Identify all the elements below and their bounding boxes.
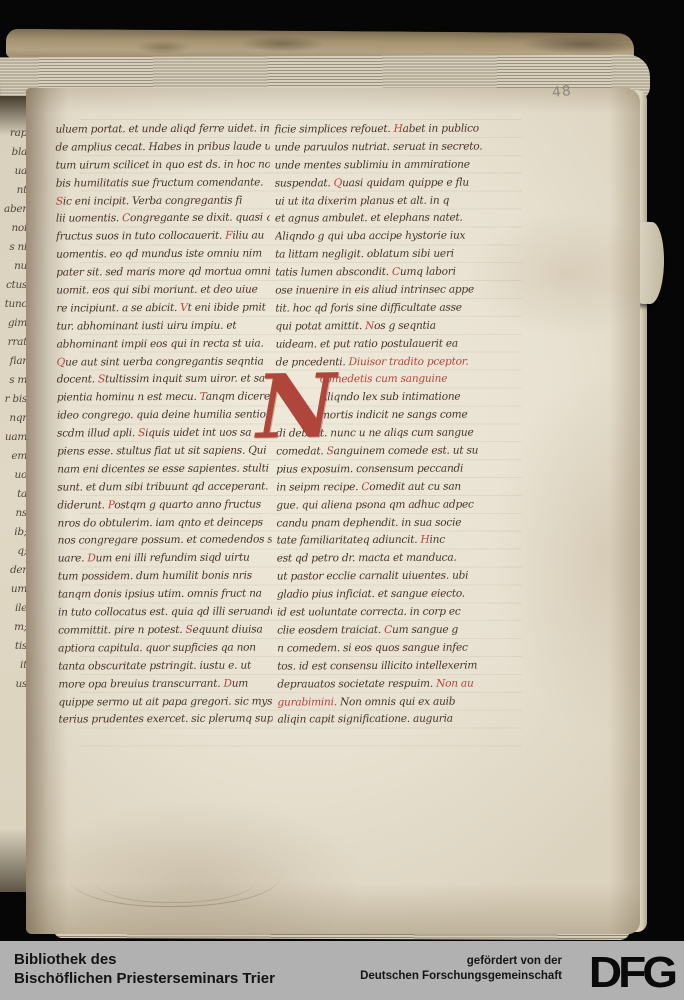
text-line: tum uirum scilicet in quo est ds. in hoc…	[56, 156, 270, 175]
text-line: Sic eni incipit. Verba congregantis fi	[56, 192, 270, 211]
text-line: sunt. et dum sibi tribuunt qd acceperant…	[57, 478, 271, 497]
text-line: terius prudentes exercet. sic plerumq su…	[59, 711, 273, 730]
text-line: est qd petro dr. macta et manduca.	[277, 550, 490, 569]
digitized-manuscript-photo: rapblauantabernois ninuctustuncgimrratfi…	[0, 0, 684, 1000]
text-line: ut pastor ecclie carnalit uiuentes. ubi	[277, 568, 490, 587]
text-line: tum possidem. dum humilit bonis nris	[58, 568, 272, 587]
text-line: de amplius cecat. Habes in pribus laude …	[56, 138, 270, 157]
text-line: tate familiaritateq adiuncit. Hinc	[277, 532, 490, 551]
text-line: gladio pius inficiat. et sangue eiecto.	[277, 586, 490, 605]
text-line: tos. id est consensu illicito intellexer…	[277, 657, 490, 676]
text-line: nos congregare possum. et comedendos ser	[58, 532, 272, 551]
text-line: unde mentes sublimiu in ammiratione	[275, 156, 488, 175]
text-line: qui potat amittit. Nos g seqntia	[275, 317, 488, 336]
library-name-line1: Bibliothek des	[14, 950, 275, 969]
text-line: pius exposuim. consensum peccandi	[276, 460, 489, 479]
text-line: id est uoluntate correcta. in corp ec	[277, 603, 490, 622]
text-line: tit. hoc qd foris sine difficultate asse	[275, 299, 488, 318]
text-line: re incipiunt. a se abicit. Vt eni ibide …	[56, 299, 270, 318]
funding-credit-line2: Deutschen Forschungsgemeinschaft	[360, 969, 562, 984]
text-line: Que aut sint uerba congregantis seqntia	[57, 353, 271, 372]
text-line: tur. abhominant iusti uiru impiu. et	[56, 317, 270, 336]
library-name: Bibliothek des Bischöflichen Priestersem…	[14, 950, 275, 988]
text-line: et agnus ambulet. et elephans natet.	[275, 210, 488, 229]
text-line: pientia hominu n est mecu. Tanqm diceret	[57, 389, 271, 408]
text-line: tanta obscuritate pstringit. iustu e. ut	[58, 657, 272, 676]
text-line: deprauatos societate respuim. Non au	[277, 675, 490, 694]
text-line: unde paruulos nutriat. seruat in secreto…	[275, 138, 488, 157]
text-line: n comedem. si eos quos sangue infec	[277, 639, 490, 658]
text-line: bis humilitatis sue fructum comendante.	[56, 174, 270, 193]
text-line: ui ut ita dixerim planus et alt. in q	[275, 192, 488, 211]
text-line: nros do obtulerim. iam qnto et deinceps	[57, 514, 271, 533]
text-line: tanqm donis ipsius utim. omnis fruct na	[58, 586, 272, 605]
text-line: piens esse. stultus fiat ut sit sapiens.…	[57, 442, 271, 461]
text-line: uomit. eos qui sibi moriunt. et deo uiue	[56, 281, 270, 300]
text-line: abhominant impii eos qui in recta st uia…	[57, 335, 271, 354]
text-line: Aliqndo g qui uba accipe hystorie iux	[275, 228, 488, 247]
parchment-tab	[637, 222, 666, 305]
text-line: gue. qui aliena psona qm adhuc adpec	[276, 496, 489, 515]
text-line: scdm illud apli. Siquis uidet int uos sa	[57, 425, 271, 444]
text-line: diderunt. Postqm g quarto anno fructus	[57, 496, 271, 515]
footer-bar: Bibliothek des Bischöflichen Priestersem…	[0, 941, 684, 1000]
text-line: docent. Stultissim inquit sum uiror. et …	[57, 371, 271, 390]
folio-number: 48	[551, 83, 572, 101]
text-line: ose inuenire in eis aliud intrinsec appe	[275, 281, 488, 300]
text-line: candu pnam dephendit. in sua socie	[276, 514, 489, 533]
text-line: ta littam negligit. oblatum sibi ueri	[275, 246, 488, 265]
text-line: comedetis cum sanguine	[320, 371, 489, 390]
text-line: uare. Dum eni illi refundim siqd uirtu	[58, 550, 272, 569]
text-line: in tuto collocatus est. quia qd illi ser…	[58, 603, 272, 622]
funding-credit-line1: gefördert von der	[360, 954, 562, 969]
text-line: ficie simplices refouet. Habet in public…	[274, 120, 487, 139]
text-line: gurabimini. Non omnis qui ex auib	[277, 693, 490, 712]
text-line: more opa breuius transcurrant. Dum	[58, 675, 272, 694]
initial-letter: N	[255, 365, 337, 446]
dfg-logo: DFG	[589, 946, 674, 997]
funding-credit: gefördert von der Deutschen Forschungsge…	[360, 954, 562, 984]
text-column-left: uluem portat. et unde aliqd ferre uidet.…	[55, 120, 272, 729]
text-line: fructus suos in tuto collocauerit. Filiu…	[56, 228, 270, 247]
text-line: Aliqndo lex sub intimatione	[320, 389, 489, 408]
text-line: aliqin capit significatione. auguria	[278, 711, 491, 730]
text-line: quippe sermo ut ait papa gregori. sic my…	[58, 693, 272, 712]
page-curl-line	[96, 858, 256, 903]
text-line: mortis indicit ne sangs come	[320, 407, 489, 426]
text-line: ideo congrego. quia deine humilia sentio…	[57, 407, 271, 426]
text-line: clie eosdem traiciat. Cum sangue g	[277, 621, 490, 640]
text-line: suspendat. Quasi quidam quippe e flu	[275, 174, 488, 193]
text-line: aptiora capitula. quor supficies qa non	[58, 639, 272, 658]
text-line: in seipm recipe. Comedit aut cu san	[276, 478, 489, 497]
text-line: pater sit. sed maris more qd mortua omni…	[56, 264, 270, 283]
text-line: tatis lumen abscondit. Cumq labori	[275, 264, 488, 283]
text-line: lii uomentis. Congregante se dixit. quas…	[56, 210, 270, 229]
library-name-line2: Bischöflichen Priesterseminars Trier	[14, 969, 275, 988]
text-line: committit. pire n potest. Sequunt diuisa	[58, 621, 272, 640]
text-line: uomentis. eo qd mundus iste omniu nim	[56, 246, 270, 265]
text-line: uideam. et put ratio postulauerit ea	[276, 335, 489, 354]
text-line: nam eni dicentes se esse sapientes. stul…	[57, 460, 271, 479]
text-line: uluem portat. et unde aliqd ferre uidet.…	[55, 120, 269, 139]
